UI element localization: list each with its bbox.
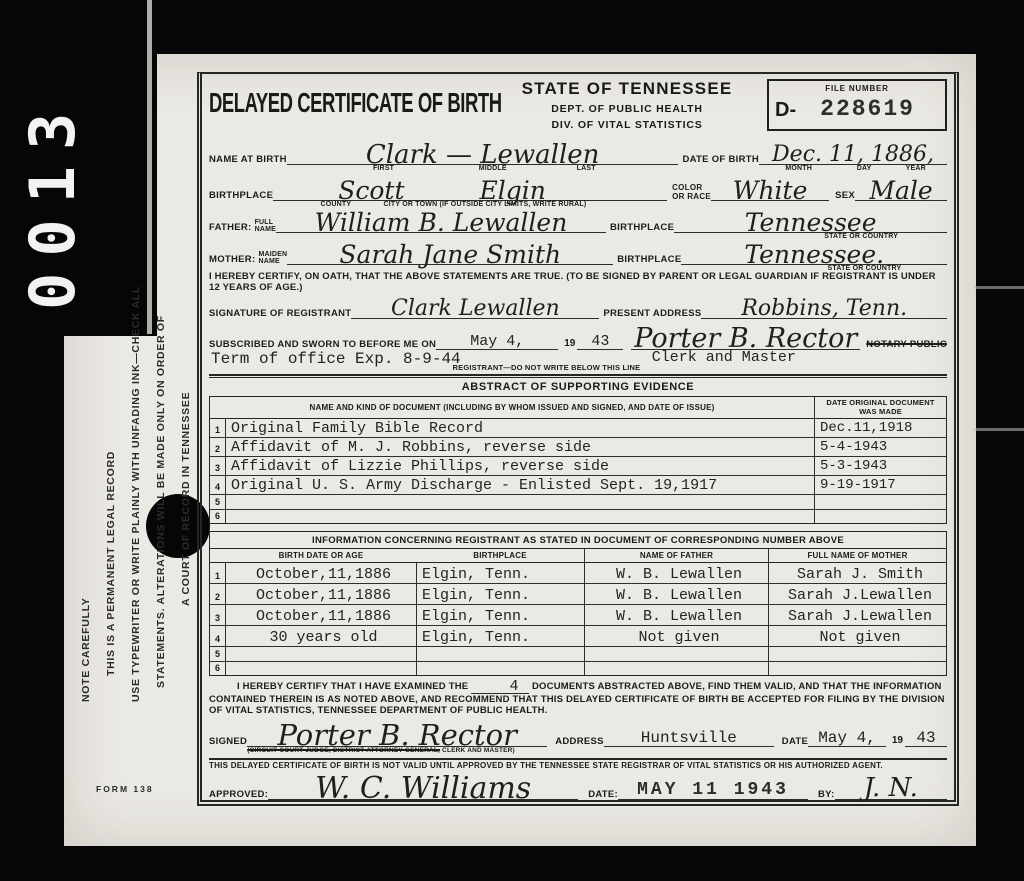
by-initials-value: J. N. (864, 778, 918, 799)
last-label: LAST (577, 165, 596, 172)
father-row: FATHER: FULL NAME William B. Lewallen BI… (209, 209, 947, 233)
mother-birthplace-label: BIRTHPLACE (617, 254, 681, 265)
document-name-value: Original U. S. Army Discharge - Enlisted… (231, 478, 717, 493)
approved-date-stamp: MAY 11 1943 (637, 782, 789, 799)
registrant-info-title: INFORMATION CONCERNING REGISTRANT AS STA… (210, 532, 946, 549)
year-prefix: 19 (892, 735, 903, 746)
row-number: 3 (210, 457, 226, 475)
row-number: 6 (210, 510, 226, 523)
sworn-year-field: 43 (577, 326, 623, 350)
row-number: 3 (210, 605, 226, 625)
notary-title-value: Clerk and Master (652, 350, 796, 365)
county-label: COUNTY (320, 201, 351, 208)
first-label: FIRST (373, 165, 394, 172)
birthplace-county-value: Scott (338, 181, 404, 201)
notary-signature-value: Porter B. Rector (634, 328, 857, 349)
approved-date-label: DATE: (588, 789, 618, 800)
evidence-col-date: DATE ORIGINAL DOCUMENT WAS MADE (814, 397, 946, 418)
row-number: 6 (210, 662, 226, 675)
present-address-label: PRESENT ADDRESS (603, 308, 701, 319)
info-row: 4 30 years old Elgin, Tenn. Not given No… (210, 626, 946, 647)
registrant-signature-row: SIGNATURE OF REGISTRANT Clark Lewallen P… (209, 295, 947, 319)
birthplace-city-value: Elgin (480, 181, 546, 201)
present-address-field: Robbins, Tenn. (701, 295, 947, 319)
sworn-date-field: May 4, (436, 326, 558, 350)
father-label: FATHER: (209, 222, 252, 233)
divider (209, 374, 947, 378)
mother-birthplace-field: Tennessee. STATE OR COUNTRY (681, 241, 947, 265)
name-at-birth-field: Clark — Lewallen FIRST MIDDLE LAST (287, 141, 679, 165)
mother-label: MOTHER: (209, 254, 255, 265)
evidence-table: NAME AND KIND OF DOCUMENT (INCLUDING BY … (209, 396, 947, 524)
birthplace-label: BIRTHPLACE (209, 190, 273, 201)
file-number-value: 228619 (796, 96, 939, 122)
sworn-date-value: May 4, (470, 334, 524, 349)
date-of-birth-value: Dec. 11, 1886, (772, 145, 934, 165)
abstract-title: ABSTRACT OF SUPPORTING EVIDENCE (209, 381, 947, 394)
evidence-row: 6 (210, 510, 946, 523)
row-number: 4 (210, 626, 226, 646)
subscribed-label: SUBSCRIBED AND SWORN TO BEFORE ME ON (209, 339, 436, 350)
sworn-row: SUBSCRIBED AND SWORN TO BEFORE ME ON May… (209, 322, 947, 350)
signer-title-label: (CIRCUIT COURT JUDGE, DISTRICT ATTORNEY … (247, 747, 515, 754)
birthdate-value: October,11,1886 (256, 609, 391, 624)
microfilm-scan: 0013 NOTE CAREFULLY THIS IS A PERMANENT … (0, 0, 1024, 881)
examiner-signature-value: Porter B. Rector (277, 725, 517, 746)
registrant-signature-field: Clark Lewallen (351, 295, 599, 319)
form-number: FORM 138 (96, 784, 154, 794)
color-race-value: White (733, 181, 808, 201)
document-date-value: 9-19-1917 (820, 478, 896, 493)
address-field: Huntsville (604, 723, 774, 747)
certificate-form: DELAYED CERTIFICATE OF BIRTH STATE OF TE… (197, 72, 959, 806)
state-or-country-label: STATE OR COUNTRY (824, 233, 898, 240)
col-birthplace: BIRTHPLACE (416, 549, 584, 562)
father-name: W. B. Lewallen (616, 588, 742, 603)
file-number-label: FILE NUMBER (775, 84, 939, 93)
mother-name: Sarah J.Lewallen (788, 588, 932, 603)
row-number: 1 (210, 563, 226, 583)
city-or-town-label: CITY OR TOWN (IF OUTSIDE CITY LIMITS, WR… (384, 201, 587, 208)
father-name: Not given (638, 630, 719, 645)
film-frame-line (974, 428, 1024, 431)
name-at-birth-label: NAME AT BIRTH (209, 154, 287, 165)
birthdate-value: October,11,1886 (256, 588, 391, 603)
birthplace-value: Elgin, Tenn. (422, 609, 530, 624)
mother-name: Sarah J.Lewallen (788, 609, 932, 624)
birthplace-value: Elgin, Tenn. (422, 630, 530, 645)
date-value: May 4, (818, 731, 876, 746)
divider (209, 758, 947, 760)
validity-note: THIS DELAYED CERTIFICATE OF BIRTH IS NOT… (209, 761, 947, 771)
sworn-subrow: Term of office Exp. 8-9-44 Clerk and Mas… (209, 350, 947, 372)
row-number: 5 (210, 495, 226, 509)
sworn-year-value: 43 (591, 334, 609, 349)
approved-signature-value: W. C. Williams (315, 778, 531, 799)
father-name: W. B. Lewallen (616, 609, 742, 624)
form-title: DELAYED CERTIFICATE OF BIRTH (209, 89, 454, 120)
document-name-value: Affidavit of Lizzie Phillips, reverse si… (231, 459, 609, 474)
do-not-write-label: REGISTRANT—DO NOT WRITE BELOW THIS LINE (453, 363, 641, 372)
file-number-box: FILE NUMBER D- 228619 (767, 79, 947, 131)
color-race-label: COLOR OR RACE (672, 183, 711, 201)
notary-public-label: NOTARY PUBLIC (866, 339, 947, 350)
birthdate-value: 30 years old (269, 630, 377, 645)
state-title: STATE OF TENNESSEE (487, 79, 767, 99)
father-name-value: William B. Lewallen (315, 213, 568, 233)
row-number: 2 (210, 584, 226, 604)
col-mother: FULL NAME OF MOTHER (768, 549, 946, 562)
evidence-row: 3 Affidavit of Lizzie Phillips, reverse … (210, 457, 946, 476)
agency-heading: STATE OF TENNESSEE DEPT. OF PUBLIC HEALT… (487, 79, 767, 131)
sex-value: Male (869, 181, 932, 201)
margin-note-line: A COURT OF RECORD IN TENNESSEE (174, 94, 199, 702)
film-frame-line (974, 286, 1024, 289)
row-number: 4 (210, 476, 226, 494)
margin-note: NOTE CAREFULLY THIS IS A PERMANENT LEGAL… (74, 94, 200, 702)
mother-name: Sarah J. Smith (797, 567, 923, 582)
father-birthplace-label: BIRTHPLACE (610, 222, 674, 233)
margin-note-line: USE TYPEWRITER OR WRITE PLAINLY WITH UNF… (124, 94, 149, 702)
examiner-signature-field: Porter B. Rector (CIRCUIT COURT JUDGE, D… (247, 719, 547, 747)
document-name-value: Original Family Bible Record (231, 421, 483, 436)
margin-note-line: THIS IS A PERMANENT LEGAL RECORD (99, 94, 124, 702)
father-name-field: William B. Lewallen (276, 209, 606, 233)
year-field: 43 (905, 723, 947, 747)
middle-label: MIDDLE (479, 165, 507, 172)
info-row: 2 October,11,1886 Elgin, Tenn. W. B. Lew… (210, 584, 946, 605)
row-number: 5 (210, 647, 226, 661)
father-birthplace-field: Tennessee STATE OR COUNTRY (674, 209, 947, 233)
evidence-row: 4 Original U. S. Army Discharge - Enlist… (210, 476, 946, 495)
row-number: 1 (210, 419, 226, 437)
info-row: 1 October,11,1886 Elgin, Tenn. W. B. Lew… (210, 563, 946, 584)
year-value: 43 (916, 731, 935, 746)
date-label: DATE (782, 736, 808, 747)
evidence-row: 5 (210, 495, 946, 510)
signature-of-registrant-label: SIGNATURE OF REGISTRANT (209, 308, 351, 319)
document-date-value: 5-3-1943 (820, 459, 887, 474)
margin-note-line: NOTE CAREFULLY (74, 94, 99, 702)
file-number-prefix: D- (775, 99, 796, 122)
approved-signature-field: W. C. Williams (268, 774, 578, 800)
examiner-certify-text: I HEREBY CERTIFY THAT I HAVE EXAMINED TH… (209, 681, 947, 715)
approved-label: APPROVED: (209, 789, 268, 800)
address-label: ADDRESS (555, 736, 604, 747)
document-date-value: Dec.11,1918 (820, 421, 912, 436)
father-birthplace-value: Tennessee (745, 213, 877, 233)
month-label: MONTH (785, 165, 812, 172)
year-label: YEAR (906, 165, 926, 172)
birthplace-value: Elgin, Tenn. (422, 588, 530, 603)
mother-name-value: Sarah Jane Smith (339, 245, 561, 265)
division-line: DIV. OF VITAL STATISTICS (487, 119, 767, 131)
father-name: W. B. Lewallen (616, 567, 742, 582)
evidence-row: 2 Affidavit of M. J. Robbins, reverse si… (210, 438, 946, 457)
date-field: May 4, (808, 723, 886, 747)
mother-row: MOTHER: MAIDEN NAME Sarah Jane Smith BIR… (209, 241, 947, 265)
birthplace-value: Elgin, Tenn. (422, 567, 530, 582)
color-race-field: White (711, 177, 829, 201)
birthplace-row: BIRTHPLACE Scott Elgin COUNTY CITY OR TO… (209, 177, 947, 201)
day-label: DAY (857, 165, 872, 172)
birthdate-value: October,11,1886 (256, 567, 391, 582)
year-prefix: 19 (564, 338, 575, 349)
sex-label: SEX (835, 190, 855, 201)
info-row: 5 (210, 647, 946, 662)
father-fullname-sublabel: FULL NAME (255, 219, 276, 233)
row-number: 2 (210, 438, 226, 456)
address-value: Huntsville (641, 731, 737, 746)
approved-row: APPROVED: W. C. Williams DATE: MAY 11 19… (209, 774, 947, 800)
sex-field: Male (855, 177, 947, 201)
evidence-col-document: NAME AND KIND OF DOCUMENT (INCLUDING BY … (210, 397, 814, 418)
mother-maidenname-sublabel: MAIDEN NAME (258, 251, 287, 265)
info-row: 6 (210, 662, 946, 675)
examined-count-value: 4 (471, 681, 529, 694)
col-father: NAME OF FATHER (584, 549, 768, 562)
state-or-country-label: STATE OR COUNTRY (828, 265, 902, 272)
date-of-birth-field: Dec. 11, 1886, MONTH DAY YEAR (759, 141, 947, 165)
name-at-birth-value: Clark — Lewallen (366, 145, 600, 165)
date-of-birth-label: DATE OF BIRTH (682, 154, 759, 165)
by-field: J. N. (835, 776, 947, 800)
birthplace-field: Scott Elgin COUNTY CITY OR TOWN (IF OUTS… (273, 177, 667, 201)
info-row: 3 October,11,1886 Elgin, Tenn. W. B. Lew… (210, 605, 946, 626)
mother-birthplace-value: Tennessee. (744, 245, 884, 265)
dept-line: DEPT. OF PUBLIC HEALTH (487, 103, 767, 115)
notary-signature-field: Porter B. Rector (631, 322, 860, 350)
signed-label: SIGNED (209, 736, 247, 747)
oath-certify-text: I HEREBY CERTIFY, ON OATH, THAT THE ABOV… (209, 271, 947, 293)
present-address-value: Robbins, Tenn. (741, 299, 907, 319)
name-row: NAME AT BIRTH Clark — Lewallen FIRST MID… (209, 141, 947, 165)
col-birthdate: BIRTH DATE OR AGE (226, 549, 416, 562)
approved-date-field: MAY 11 1943 (618, 776, 808, 800)
form-header: DELAYED CERTIFICATE OF BIRTH STATE OF TE… (209, 77, 947, 133)
document-date-value: 5-4-1943 (820, 440, 887, 455)
mother-name-field: Sarah Jane Smith (287, 241, 613, 265)
by-label: BY: (818, 789, 835, 800)
margin-note-line: STATEMENTS. ALTERATIONS WILL BE MADE ONL… (149, 94, 174, 702)
signed-row: SIGNED Porter B. Rector (CIRCUIT COURT J… (209, 719, 947, 747)
term-note-value: Term of office Exp. 8-9-44 (211, 352, 461, 367)
registrant-signature-value: Clark Lewallen (391, 299, 560, 319)
document-name-value: Affidavit of M. J. Robbins, reverse side (231, 440, 591, 455)
registrant-info-table: INFORMATION CONCERNING REGISTRANT AS STA… (209, 531, 947, 676)
evidence-row: 1 Original Family Bible Record Dec.11,19… (210, 419, 946, 438)
mother-name: Not given (819, 630, 900, 645)
